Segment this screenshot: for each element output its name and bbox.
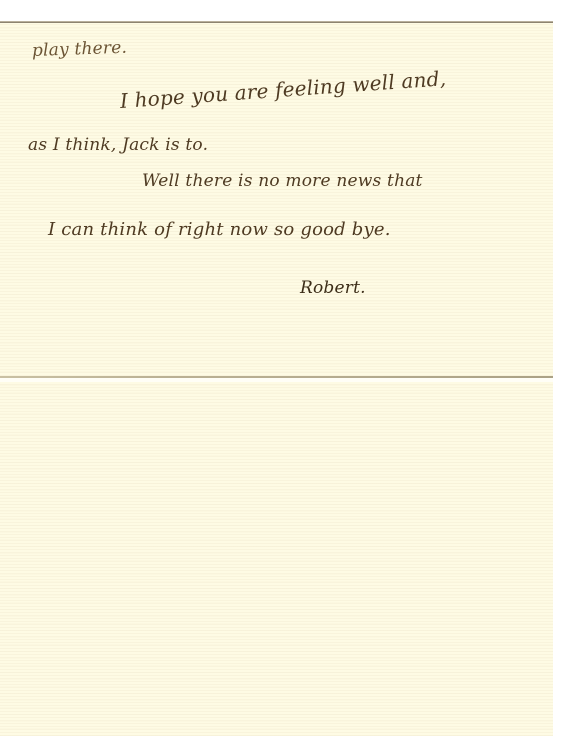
fold-highlight <box>0 378 553 382</box>
letter-line-3: as I think, Jack is to. <box>28 135 208 155</box>
letter-line-2: I hope you are feeling well and, <box>119 66 447 113</box>
letter-line-1: play there. <box>32 38 128 61</box>
signature: Robert. <box>300 278 366 298</box>
letter-line-5: I can think of right now so good bye. <box>48 219 391 240</box>
letter-page: play there. I hope you are feeling well … <box>0 22 553 736</box>
letter-line-4: Well there is no more news that <box>142 171 423 191</box>
paper-fold-crease <box>0 373 553 385</box>
